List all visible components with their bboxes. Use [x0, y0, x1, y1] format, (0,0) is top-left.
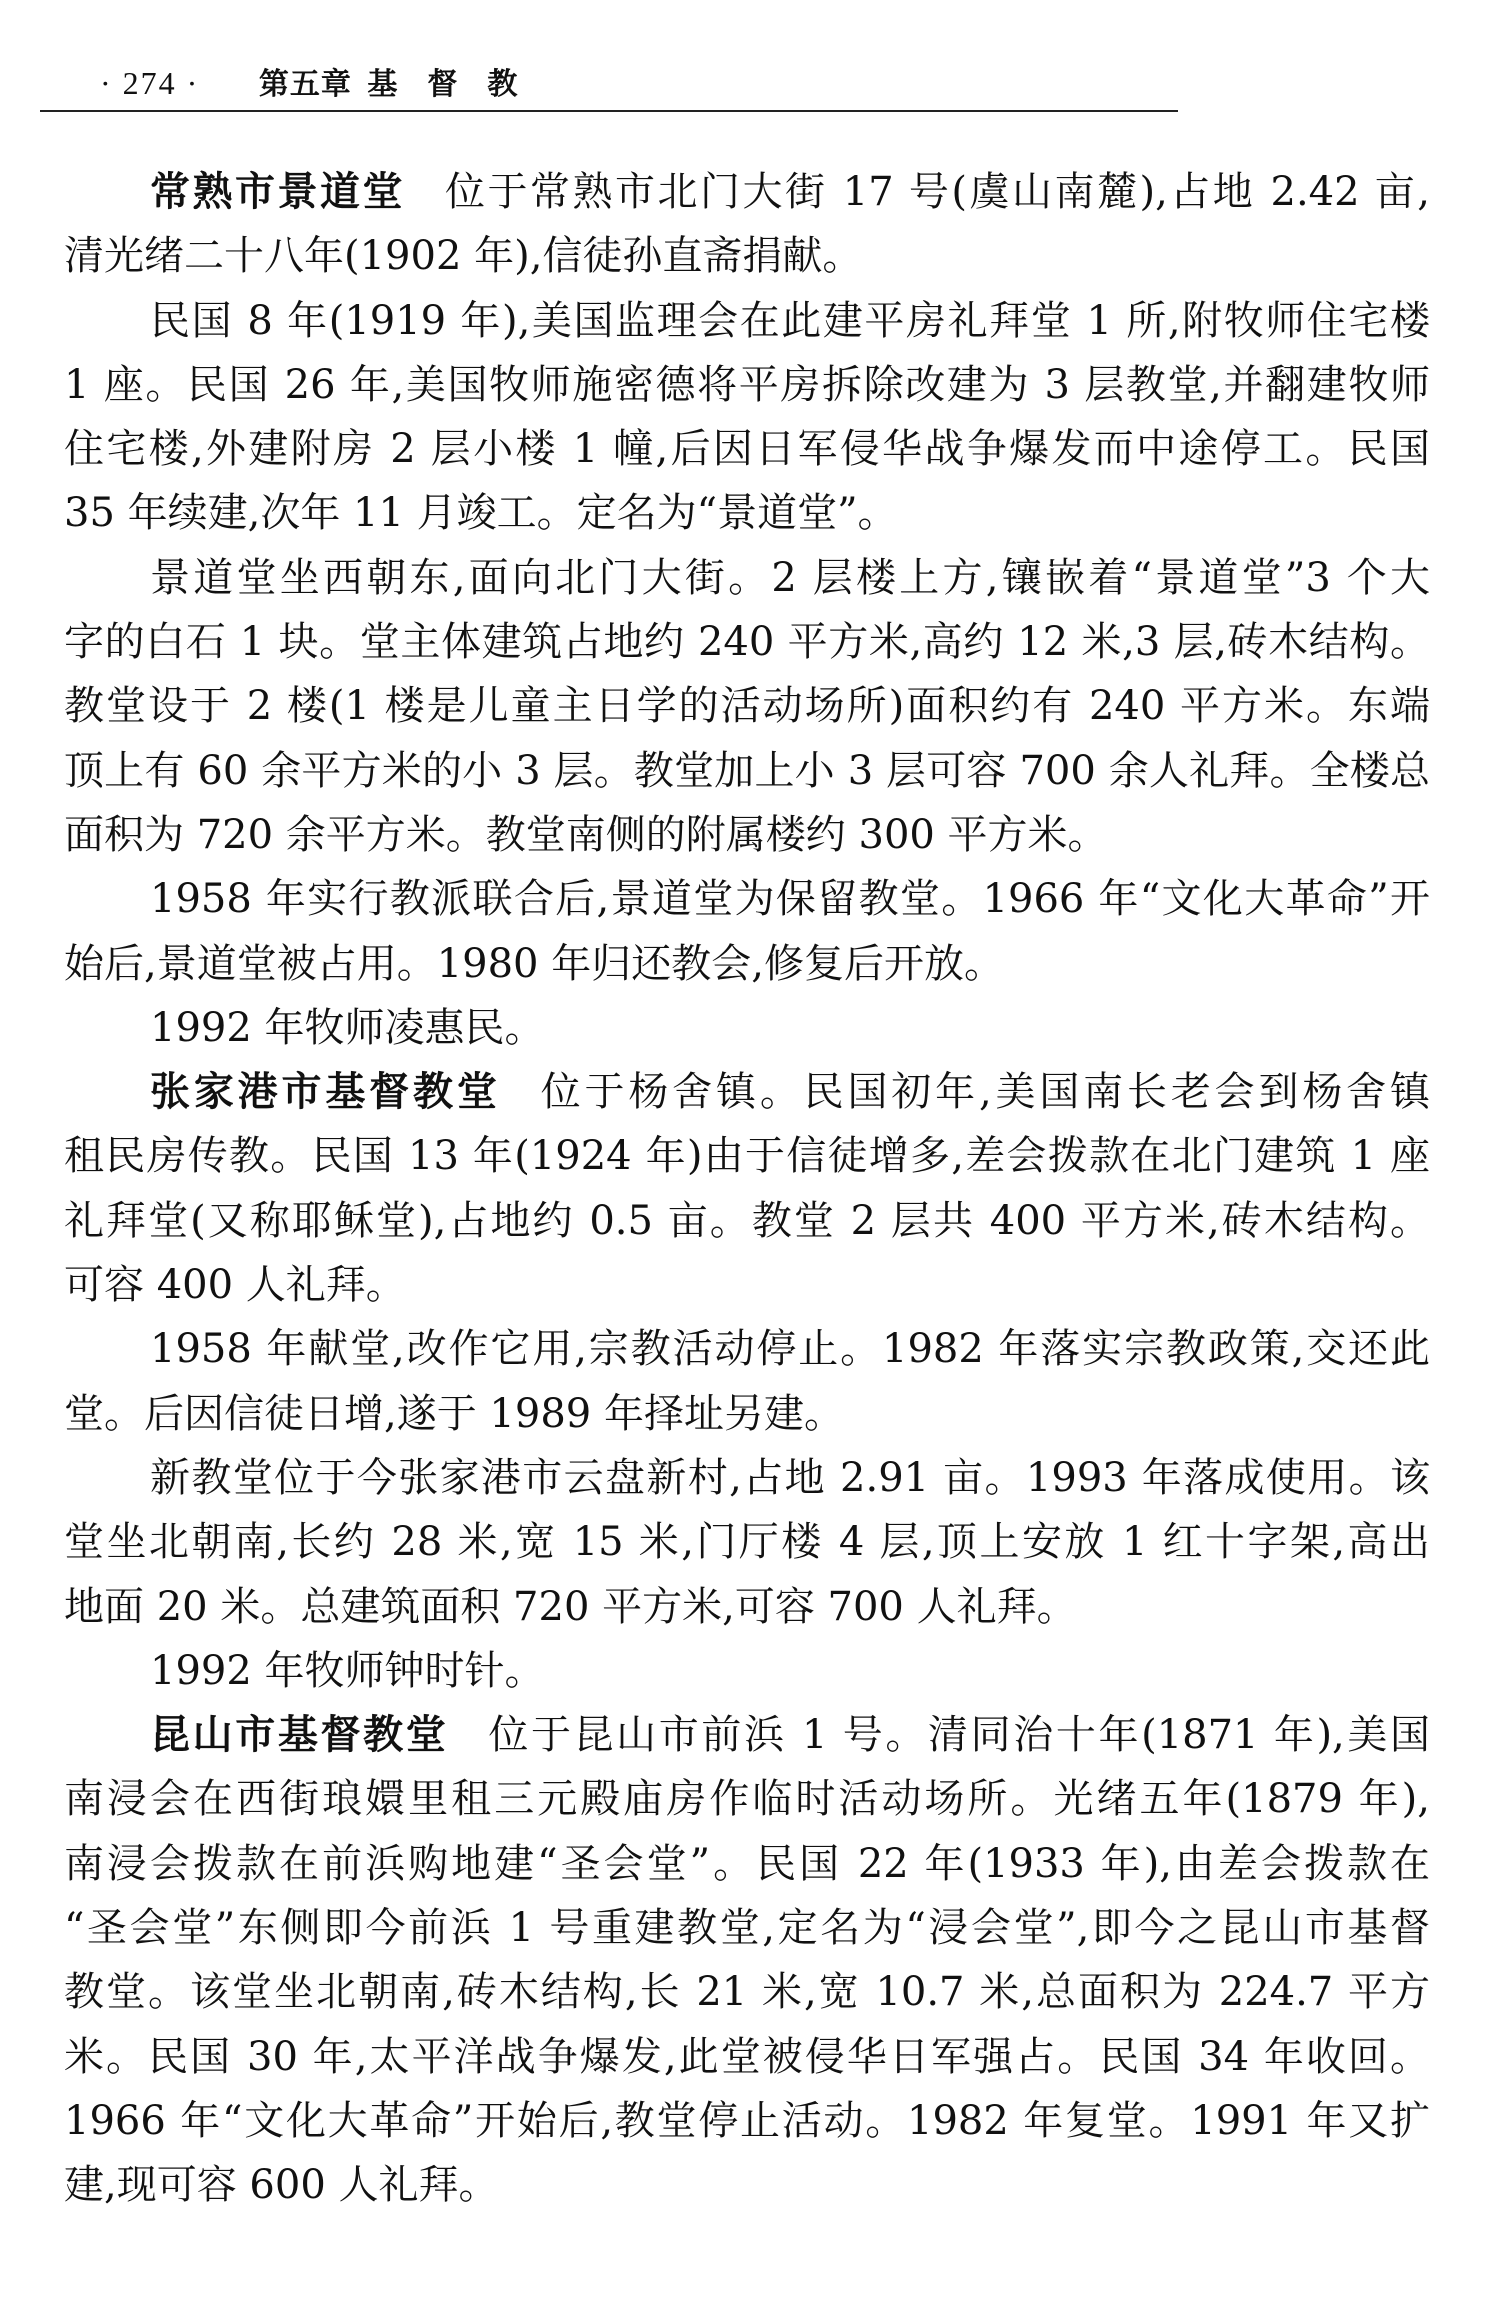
text-line: 住宅楼,外建附房 2 层小楼 1 幢,后因日军侵华战争爆发而中途停工。民国 — [64, 417, 1430, 481]
text-line: 堂坐北朝南,长约 28 米,宽 15 米,门厅楼 4 层,顶上安放 1 红十字架… — [64, 1510, 1430, 1574]
chapter-title: 第五章 — [259, 62, 352, 108]
text-line: 教堂设于 2 楼(1 楼是儿童主日学的活动场所)面积约有 240 平方米。东端 — [64, 674, 1430, 738]
text-line: 建,现可容 600 人礼拜。 — [64, 2153, 1430, 2217]
text-line: 教堂。该堂坐北朝南,砖木结构,长 21 米,宽 10.7 米,总面积为 224.… — [64, 1960, 1430, 2024]
text-line: 清光绪二十八年(1902 年),信徒孙直斋捐献。 — [64, 224, 1430, 288]
header-rule — [40, 110, 1178, 112]
text-line: 常熟市景道堂位于常熟市北门大街 17 号(虞山南麓),占地 2.42 亩, — [64, 160, 1430, 224]
text-line: 昆山市基督教堂位于昆山市前浜 1 号。清同治十年(1871 年),美国 — [64, 1703, 1430, 1767]
text-line: 米。民国 30 年,太平洋战争爆发,此堂被侵华日军强占。民国 34 年收回。 — [64, 2025, 1430, 2089]
text-line: 面积为 720 余平方米。教堂南侧的附属楼约 300 平方米。 — [64, 803, 1430, 867]
text-line: 1992 年牧师凌惠民。 — [64, 996, 1430, 1060]
text-line: 新教堂位于今张家港市云盘新村,占地 2.91 亩。1993 年落成使用。该 — [64, 1446, 1430, 1510]
text-line: 35 年续建,次年 11 月竣工。定名为“景道堂”。 — [64, 481, 1430, 545]
text-line: 堂。后因信徒日增,遂于 1989 年择址另建。 — [64, 1382, 1430, 1446]
entry-title: 张家港市基督教堂 — [150, 1069, 501, 1115]
text-line: 南浸会在西街琅嬛里租三元殿庙房作临时活动场所。光绪五年(1879 年), — [64, 1767, 1430, 1831]
entry-title: 昆山市基督教堂 — [150, 1712, 448, 1758]
text-line: 南浸会拨款在前浜购地建“圣会堂”。民国 22 年(1933 年),由差会拨款在 — [64, 1832, 1430, 1896]
text-line: 始后,景道堂被占用。1980 年归还教会,修复后开放。 — [64, 932, 1430, 996]
text-line: 1 座。民国 26 年,美国牧师施密德将平房拆除改建为 3 层教堂,并翻建牧师 — [64, 353, 1430, 417]
text-line: 1966 年“文化大革命”开始后,教堂停止活动。1982 年复堂。1991 年又… — [64, 2089, 1430, 2153]
section-title: 基督教 — [367, 62, 547, 108]
text-line: 1958 年实行教派联合后,景道堂为保留教堂。1966 年“文化大革命”开 — [64, 867, 1430, 931]
text-line: “圣会堂”东侧即今前浜 1 号重建教堂,定名为“浸会堂”,即今之昆山市基督 — [64, 1896, 1430, 1960]
text-line: 张家港市基督教堂位于杨舍镇。民国初年,美国南长老会到杨舍镇 — [64, 1060, 1430, 1124]
text-line: 地面 20 米。总建筑面积 720 平方米,可容 700 人礼拜。 — [64, 1575, 1430, 1639]
text-line: 字的白石 1 块。堂主体建筑占地约 240 平方米,高约 12 米,3 层,砖木… — [64, 610, 1430, 674]
text-line: 民国 8 年(1919 年),美国监理会在此建平房礼拜堂 1 所,附牧师住宅楼 — [64, 289, 1430, 353]
text-line: 租民房传教。民国 13 年(1924 年)由于信徒增多,差会拨款在北门建筑 1 … — [64, 1124, 1430, 1188]
text-line: 1958 年献堂,改作它用,宗教活动停止。1982 年落实宗教政策,交还此 — [64, 1317, 1430, 1381]
body-text: 常熟市景道堂位于常熟市北门大街 17 号(虞山南麓),占地 2.42 亩, 清光… — [64, 160, 1430, 2218]
text-line: 礼拜堂(又称耶稣堂),占地约 0.5 亩。教堂 2 层共 400 平方米,砖木结… — [64, 1189, 1430, 1253]
text-line: 可容 400 人礼拜。 — [64, 1253, 1430, 1317]
page-number: · 274 · — [100, 60, 199, 106]
text-line: 景道堂坐西朝东,面向北门大街。2 层楼上方,镶嵌着“景道堂”3 个大 — [64, 546, 1430, 610]
text-line: 顶上有 60 余平方米的小 3 层。教堂加上小 3 层可容 700 余人礼拜。全… — [64, 739, 1430, 803]
entry-title: 常熟市景道堂 — [150, 169, 405, 215]
running-header: · 274 · 第五章 基督教 — [100, 60, 547, 106]
text-line: 1992 年牧师钟时针。 — [64, 1639, 1430, 1703]
